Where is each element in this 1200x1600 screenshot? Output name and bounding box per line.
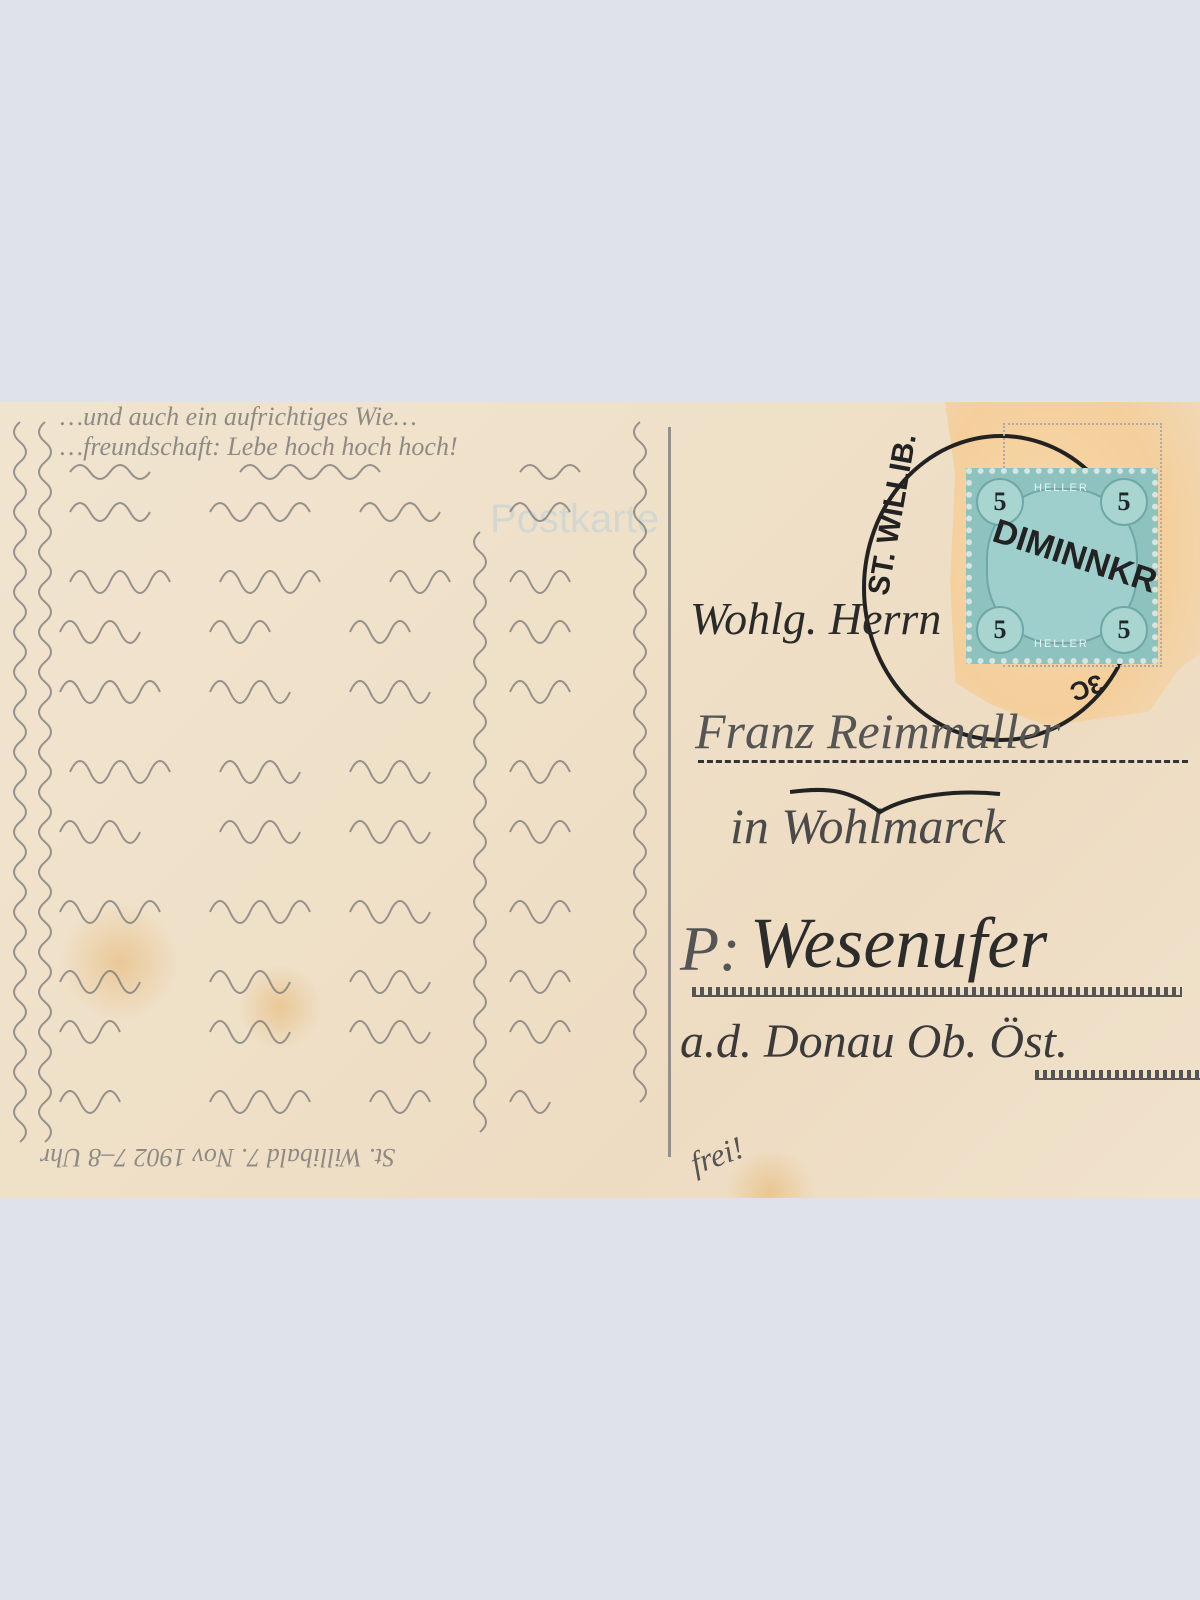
- address-name: Franz Reimmaller: [695, 702, 1060, 760]
- stamp-value: 5: [976, 606, 1024, 654]
- address-wavy-underline: [692, 987, 1182, 997]
- handwriting-strokes: [0, 402, 670, 1198]
- postcard: Postkarte …und auch ein aufrichtiges Wie…: [0, 402, 1200, 1198]
- stamp-value: 5: [1100, 606, 1148, 654]
- address-region: a.d. Donau Ob. Öst.: [680, 1014, 1068, 1069]
- address-underline: [698, 760, 1188, 763]
- stamp-value: 5: [1100, 478, 1148, 526]
- address-post-prefix: P:: [680, 912, 740, 986]
- address-post-town: Wesenufer: [750, 902, 1047, 985]
- stamp-unit: HELLER: [1034, 638, 1089, 650]
- stamp-unit: HELLER: [1034, 482, 1089, 494]
- address-salutation: Wohlg. Herrn: [690, 592, 941, 645]
- strike-stroke: [790, 782, 1010, 832]
- region-underline: [1035, 1070, 1200, 1080]
- postcard-divider-line: [668, 427, 671, 1157]
